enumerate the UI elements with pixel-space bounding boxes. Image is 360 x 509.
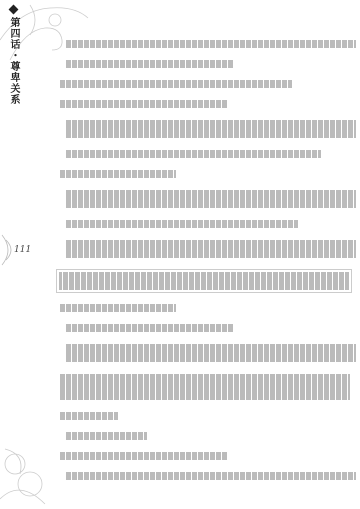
paragraph: [text omitted]	[66, 344, 356, 362]
dialogue: [text omitted]	[60, 412, 118, 420]
paragraph: [text omitted]	[66, 120, 356, 138]
dialogue: [text omitted]	[60, 80, 292, 88]
chapter-title: 第四话・尊卑关系	[7, 17, 19, 105]
page-number: 111	[14, 245, 31, 255]
paragraph: [text omitted]	[66, 150, 321, 158]
dialogue: [text omitted]	[60, 100, 228, 108]
dialogue: [text omitted]	[57, 270, 351, 292]
dialogue: [text omitted]	[60, 170, 176, 178]
paragraph: [text omitted]	[66, 240, 356, 258]
dialogue: [text omitted]	[60, 452, 228, 460]
paragraph: [text omitted]	[66, 60, 234, 68]
diamond-icon	[8, 5, 18, 15]
paragraph: [text omitted]	[66, 220, 298, 228]
chapter-header: 第四话・尊卑关系	[6, 6, 20, 105]
floral-ornament-bottom	[0, 439, 50, 509]
body-text: [text omitted] [text omitted] [text omit…	[60, 40, 350, 492]
paragraph: [text omitted]	[66, 324, 234, 332]
paragraph: [text omitted]	[66, 472, 356, 480]
dialogue: [text omitted]	[60, 374, 350, 400]
paragraph: [text omitted]	[66, 40, 356, 48]
dialogue: [text omitted]	[60, 304, 176, 312]
paragraph: [text omitted]	[66, 432, 147, 440]
paragraph: [text omitted]	[66, 190, 356, 208]
